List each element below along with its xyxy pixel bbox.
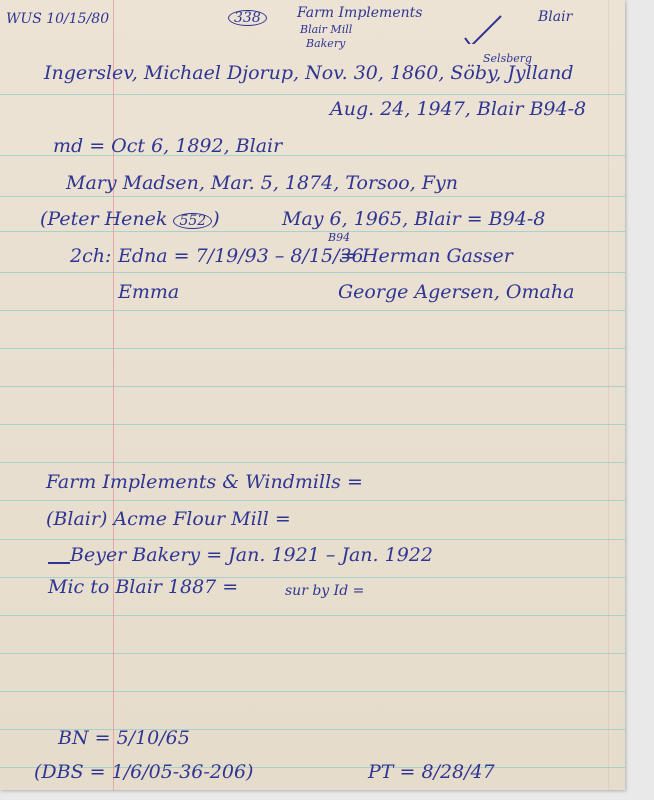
subject-name-line: Ingerslev, Michael Djorup, Nov. 30, 1860… (44, 64, 574, 83)
spouse-parent: (Peter Henek 552) (40, 210, 220, 229)
ruled-line (0, 500, 625, 501)
footer-bn: BN = 5/10/65 (58, 729, 190, 748)
child2-spouse: George Agersen, Omaha (338, 283, 574, 302)
header-note-farm: Farm Implements (297, 6, 422, 20)
ruled-line (0, 539, 625, 540)
stamp-date: WUS 10/15/80 (6, 12, 109, 26)
header-note-mill: Blair Mill (300, 24, 352, 35)
child1-line: Edna = 7/19/93 – 8/15/36 (118, 247, 364, 266)
right-margin-line (608, 0, 609, 790)
migration-line: Mic to Blair 1887 = (48, 578, 238, 597)
survived-by-line: sur by Id = (285, 584, 364, 598)
occupation-bakery: Beyer Bakery = Jan. 1921 – Jan. 1922 (70, 546, 433, 565)
footer-pt: PT = 8/28/47 (368, 763, 495, 782)
underline-mark (48, 562, 70, 564)
child2-name: Emma (118, 283, 179, 302)
ruled-line (0, 231, 625, 232)
spouse-parent-number: 552 (173, 213, 212, 229)
file-number: 338 (228, 10, 267, 26)
ruled-line (0, 196, 625, 197)
header-note-bakery: Bakery (306, 38, 345, 49)
margin-line (113, 0, 114, 790)
children-count: 2ch: (70, 247, 111, 266)
spouse-line: Mary Madsen, Mar. 5, 1874, Torsoo, Fyn (66, 174, 458, 193)
ruled-line (0, 615, 625, 616)
ruled-line (0, 424, 625, 425)
spouse-parent-name: (Peter Henek (40, 208, 167, 230)
ruled-line (0, 462, 625, 463)
spouse-death-line: May 6, 1965, Blair = B94-8 (282, 210, 545, 229)
ruled-line (0, 691, 625, 692)
child1-spouse: = Herman Gasser (340, 247, 513, 266)
ruled-line (0, 272, 625, 273)
marriage-line: md = Oct 6, 1892, Blair (53, 137, 282, 156)
subject-death-line: Aug. 24, 1947, Blair B94-8 (330, 100, 586, 119)
lined-paper-sheet: WUS 10/15/80 338 Farm Implements Blair M… (0, 0, 625, 790)
footer-dbs: (DBS = 1/6/05-36-206) (34, 763, 253, 782)
ruled-line (0, 653, 625, 654)
child1-grave: B94 (328, 232, 350, 243)
occupation-flour-mill: (Blair) Acme Flour Mill = (46, 510, 291, 529)
occupation-farm-implements: Farm Implements & Windmills = (46, 473, 363, 492)
ruled-line (0, 310, 625, 311)
checkmark-icon (463, 14, 503, 44)
header-location: Blair (538, 10, 572, 24)
file-number-circle: 338 (228, 10, 267, 26)
ruled-line (0, 386, 625, 387)
ruled-line (0, 94, 625, 95)
ruled-line (0, 348, 625, 349)
